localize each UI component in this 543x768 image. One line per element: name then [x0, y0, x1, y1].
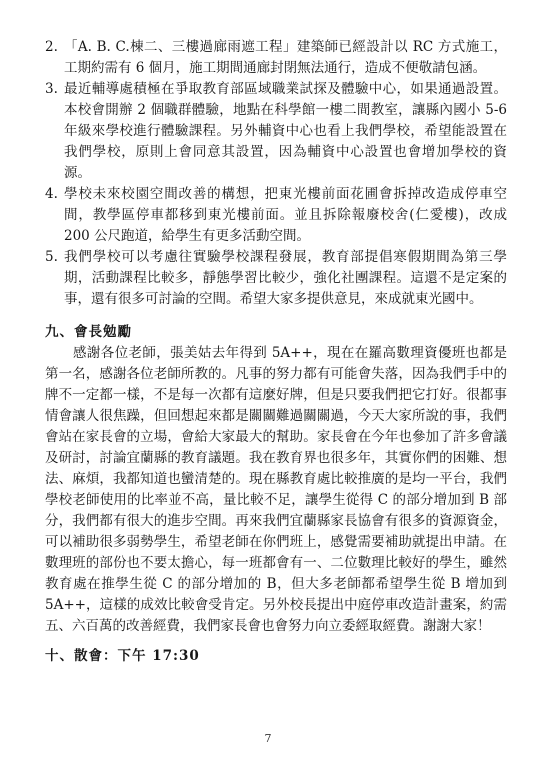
document-page: 2. 「A. B. C.棟二、三樓過廊雨遮工程」建築師已經設計以 RC 方式施工… — [0, 0, 543, 768]
section-chairman-remarks-body: 感謝各位老師，張美姑去年得到 5A++，現在在羅高數理資優班也都是第一名，感謝各… — [45, 343, 507, 637]
section-heading-adjournment: 十、散會：下午 17:30 — [45, 646, 507, 667]
list-item: 5. 我們學校可以考慮往實驗學校課程發展，教育部提倡寒假期間為第三學期，活動課程… — [45, 247, 507, 310]
list-item-number: 3. — [45, 79, 58, 100]
list-item: 4. 學校未來校園空間改善的構想，把東光樓前面花圃會拆掉改造成停車空間，教學區停… — [45, 184, 507, 247]
page-number: 7 — [0, 732, 536, 745]
list-item-number: 5. — [45, 247, 58, 268]
list-item: 2. 「A. B. C.棟二、三樓過廊雨遮工程」建築師已經設計以 RC 方式施工… — [45, 37, 507, 79]
list-item-text: 「A. B. C.棟二、三樓過廊雨遮工程」建築師已經設計以 RC 方式施工，工期… — [64, 39, 507, 76]
list-item-text: 我們學校可以考慮往實驗學校課程發展，教育部提倡寒假期間為第三學期，活動課程比較多… — [64, 249, 507, 307]
numbered-list: 2. 「A. B. C.棟二、三樓過廊雨遮工程」建築師已經設計以 RC 方式施工… — [45, 37, 507, 310]
list-item-number: 2. — [45, 37, 58, 58]
list-item-text: 學校未來校園空間改善的構想，把東光樓前面花圃會拆掉改造成停車空間，教學區停車都移… — [64, 186, 507, 244]
list-item: 3. 最近輔導處積極在爭取教育部區域職業試探及體驗中心，如果通過設置。本校會開辦… — [45, 79, 507, 184]
section-heading-chairman-remarks: 九、會長勉勵 — [45, 322, 507, 343]
list-item-number: 4. — [45, 184, 58, 205]
list-item-text: 最近輔導處積極在爭取教育部區域職業試探及體驗中心，如果通過設置。本校會開辦 2 … — [64, 81, 507, 181]
